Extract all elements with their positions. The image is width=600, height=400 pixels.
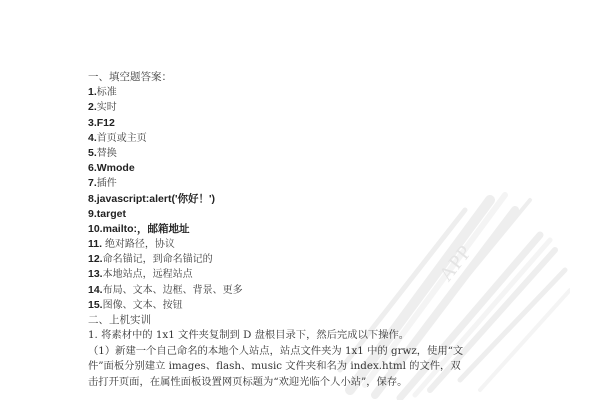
answer-number: 4. [88,132,97,144]
answer-text: 替换 [97,148,117,159]
answer-item: 10.mailto:，邮箱地址 [88,222,598,237]
answer-number: 6. [88,162,97,174]
answer-item: 11. 绝对路径，协议 [88,237,598,252]
answer-text: 命名锚记，到命名锚记的 [103,254,213,265]
answers-list: 1.标准2.实时3.F124.首页或主页5.替换6.Wmode7.插件8.jav… [88,85,598,313]
answer-item: 14.布局、文本、边框、背景、更多 [88,283,598,298]
answer-number: 12. [88,253,103,265]
answer-number: 5. [88,147,97,159]
answer-number: 7. [88,177,97,189]
answer-item: 1.标准 [88,85,598,100]
answer-text: 标准 [97,87,117,98]
answer-text: 图像、文本、按钮 [103,300,183,311]
answer-number: 14. [88,284,103,296]
answer-number: 15. [88,299,103,311]
answer-text: 绝对路径，协议 [105,239,175,250]
answer-number: 1. [88,86,97,98]
answer-item: 13.本地站点，远程站点 [88,267,598,282]
section-heading-lab-training: 二、上机实训 [88,313,598,328]
answer-text: target [97,208,126,220]
answer-text: 首页或主页 [97,133,147,144]
lab-paragraph: （1）新建一个自己命名的本地个人站点，站点文件夹为 1x1 中的 grwz，使用… [88,344,598,360]
answer-item: 2.实时 [88,100,598,115]
answer-text: 本地站点，远程站点 [103,269,193,280]
section-heading-fill-in-answers: 一、填空题答案： [88,70,598,85]
answer-text: Wmode [97,162,135,174]
answer-item: 3.F12 [88,116,598,131]
answer-item: 8.javascript:alert('你好！') [88,192,598,207]
answer-number: 13. [88,268,103,280]
answer-item: 6.Wmode [88,161,598,176]
answer-number: 3. [88,117,97,129]
answer-text: F12 [97,117,115,129]
answer-text: 布局、文本、边框、背景、更多 [103,285,243,296]
answer-item: 7.插件 [88,176,598,191]
answer-text: mailto:，邮箱地址 [103,223,190,235]
answer-text: 插件 [97,178,117,189]
answer-text: 实时 [97,102,117,113]
answer-item: 12.命名锚记，到命名锚记的 [88,252,598,267]
answer-number: 2. [88,101,97,113]
answer-item: 4.首页或主页 [88,131,598,146]
lab-paragraph: 1. 将素材中的 1x1 文件夹复制到 D 盘根目录下，然后完成以下操作。 [88,328,598,344]
answer-number: 8. [88,193,97,205]
document-page: APP 一、填空题答案： 1.标准2.实时3.F124.首页或主页5.替换6.W… [0,0,600,400]
lab-paragraph: 件”面板分别建立 images、flash、music 文件夹和名为 index… [88,359,598,375]
answer-number: 9. [88,208,97,220]
answer-item: 5.替换 [88,146,598,161]
answer-number: 10. [88,223,103,235]
answer-number: 11. [88,238,105,250]
answer-item: 15.图像、文本、按钮 [88,298,598,313]
document-content: 一、填空题答案： 1.标准2.实时3.F124.首页或主页5.替换6.Wmode… [88,70,598,391]
answer-item: 9.target [88,207,598,222]
lab-paragraph: 击打开页面，在属性面板设置网页标题为“欢迎光临个人小站”，保存。 [88,375,598,391]
answer-text: javascript:alert('你好！') [97,193,215,205]
